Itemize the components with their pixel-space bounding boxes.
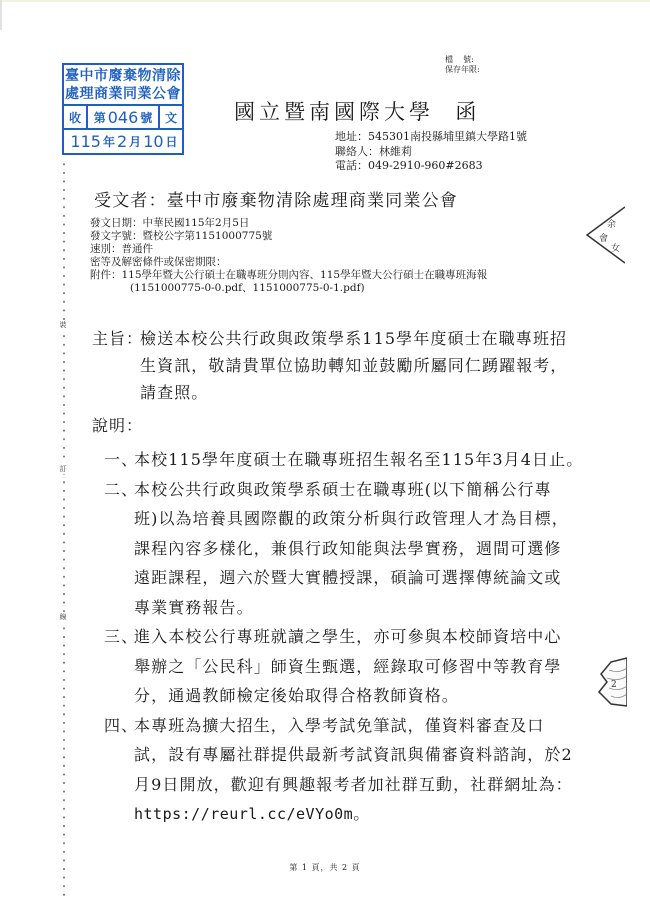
item-line: 本專班為擴大招生，入學考試免筆試，僅資料審查及口	[134, 711, 584, 741]
stamp-number-row: 收 第 046 號 文	[64, 106, 182, 130]
binding-mark-top: 裝	[57, 320, 69, 330]
subject-line: 生資訊，敬請貴單位協助轉知並鼓勵所屬同仁踴躍報考，	[140, 352, 592, 379]
page-indicator: 第 1 頁，共 2 頁	[0, 862, 650, 873]
stamp-date: 115 年 2 月 10 日	[64, 130, 182, 152]
explanation-items: 一、 本校115學年度碩士在職專班招生報名至115年3月4日止。 二、 本校公共…	[104, 445, 584, 830]
stamp-month-label: 月	[129, 133, 141, 150]
subject-body: 檢送本校公共行政與政策學系115學年度碩士在職專班招 生資訊，敬請貴單位協助轉知…	[92, 325, 592, 406]
stamp-year-label: 年	[103, 133, 115, 150]
binding-mark-bottom: 線	[57, 612, 69, 622]
item-number: 二、	[104, 475, 138, 505]
item-line: 課程內容多樣化，兼俱行政知能與法學實務，週間可選修	[134, 534, 584, 564]
issue-date: 發文日期：中華民國115年2月5日	[90, 217, 487, 230]
item-line: 本校115學年度碩士在職專班招生報名至115年3月4日止。	[134, 445, 584, 475]
issue-doc-number: 發文字號：暨校公字第1151000775號	[90, 230, 487, 243]
stamp-day-label: 日	[166, 133, 178, 150]
stamp-number-cell: 第 046 號	[88, 106, 160, 128]
item-line: 進入本校公行專班就讀之學生，亦可參與本校師資培中心	[134, 622, 584, 652]
sender-contact: 聯絡人：林維莉	[335, 145, 527, 160]
community-url-link[interactable]: https://reurl.cc/eVYo0m	[134, 805, 353, 823]
explanation-item-2: 二、 本校公共行政與政策學系碩士在職專班(以下簡稱公行專 班)以為培養具國際觀的…	[104, 475, 584, 623]
stamp-date-day: 10	[143, 132, 163, 151]
item-line: 月9日開放，歡迎有興趣報考者加社群互動，社群網址為：	[134, 770, 584, 800]
item-line: 班)以為培養具國際觀的政策分析與行政管理人才為目標，	[134, 504, 584, 534]
stamp-date-year: 115	[70, 132, 101, 151]
page-left-edge	[0, 0, 2, 30]
binding-mark-middle: 訂	[57, 464, 69, 474]
sender-info: 地址：545301南投縣埔里鎮大學路1號 聯絡人：林維莉 電話：049-2910…	[335, 130, 527, 174]
explanation-item-1: 一、 本校115學年度碩士在職專班招生報名至115年3月4日止。	[104, 445, 584, 475]
document-title: 國立暨南國際大學 函	[234, 96, 480, 126]
stamp-org-line2: 處理商業同業公會	[64, 85, 182, 103]
stamp-date-month: 2	[117, 132, 127, 151]
item-line: 本校公共行政與政策學系碩士在職專班(以下簡稱公行專	[134, 475, 584, 505]
item-number: 四、	[104, 711, 138, 741]
sender-phone: 電話：049-2910-960#2683	[335, 159, 527, 174]
explanation-item-3: 三、 進入本校公行專班就讀之學生，亦可參與本校師資培中心 舉辦之「公民科」師資生…	[104, 622, 584, 711]
stamp-org-line1: 臺中市廢棄物清除	[64, 67, 182, 85]
item-line: 試，設有專屬社群提供最新考試資訊與備審資料諮詢，於2	[134, 740, 584, 770]
stamp-number: 046	[108, 108, 139, 127]
stamp-number-suffix: 號	[140, 109, 152, 126]
item-line: 分，通過教師檢定後始取得合格教師資格。	[134, 681, 584, 711]
binding-line	[60, 160, 68, 900]
issue-attachment: 附件：115學年暨大公行碩士在職專班分則內容、115學年暨大公行碩士在職專班海報	[90, 269, 487, 282]
received-stamp: 臺中市廢棄物清除 處理商業同業公會 收 第 046 號 文 115 年 2 月 …	[62, 63, 184, 155]
item-line: 舉辦之「公民科」師資生甄選，經錄取可修習中等教育學	[134, 652, 584, 682]
sender-address: 地址：545301南投縣埔里鎮大學路1號	[335, 130, 527, 145]
svg-text:余: 余	[607, 218, 616, 230]
item-number: 一、	[104, 445, 138, 475]
stamp-receive-label: 收	[64, 106, 88, 128]
page-top-edge	[0, 0, 650, 2]
retention-label: 保存年限:	[445, 65, 480, 75]
svg-text:2: 2	[611, 680, 617, 690]
file-meta: 檔 號: 保存年限:	[445, 55, 480, 75]
issue-secrecy: 密等及解密條件或保密期限：	[90, 256, 487, 269]
stamp-number-prefix: 第	[94, 109, 106, 126]
partial-page-seal-icon: 2	[597, 656, 627, 708]
item-url-line: https://reurl.cc/eVYo0m。	[134, 799, 584, 830]
issue-attachment-files: (1151000775-0-0.pdf、1151000775-0-1.pdf)	[90, 282, 487, 295]
explanation-item-4: 四、 本專班為擴大招生，入學考試免筆試，僅資料審查及口 試，設有專屬社群提供最新…	[104, 711, 584, 830]
stamp-doc-label: 文	[160, 106, 182, 128]
partial-seal-icon: 余 會 女	[585, 205, 625, 265]
item-line: 遠距課程，週六於暨大實體授課，碩論可選擇傳統論文或	[134, 563, 584, 593]
url-suffix: 。	[353, 804, 370, 823]
subject-line: 請查照。	[140, 379, 592, 406]
subject: 主旨： 檢送本校公共行政與政策學系115學年度碩士在職專班招 生資訊，敬請貴單位…	[92, 325, 592, 406]
stamp-org-name: 臺中市廢棄物清除 處理商業同業公會	[64, 65, 182, 106]
subject-line: 檢送本校公共行政與政策學系115學年度碩士在職專班招	[140, 325, 592, 352]
subject-label: 主旨：	[92, 325, 143, 352]
file-number-label: 檔 號:	[445, 55, 480, 65]
svg-text:會: 會	[599, 232, 608, 244]
recipient: 受文者：臺中市廢棄物清除處理商業同業公會	[94, 186, 458, 211]
item-line: 專業實務報告。	[134, 593, 584, 623]
explanation-label: 說明：	[92, 413, 143, 436]
svg-text:女: 女	[611, 242, 620, 254]
item-number: 三、	[104, 622, 138, 652]
issue-speed: 速別：普通件	[90, 243, 487, 256]
issue-info: 發文日期：中華民國115年2月5日 發文字號：暨校公字第1151000775號 …	[90, 217, 487, 295]
